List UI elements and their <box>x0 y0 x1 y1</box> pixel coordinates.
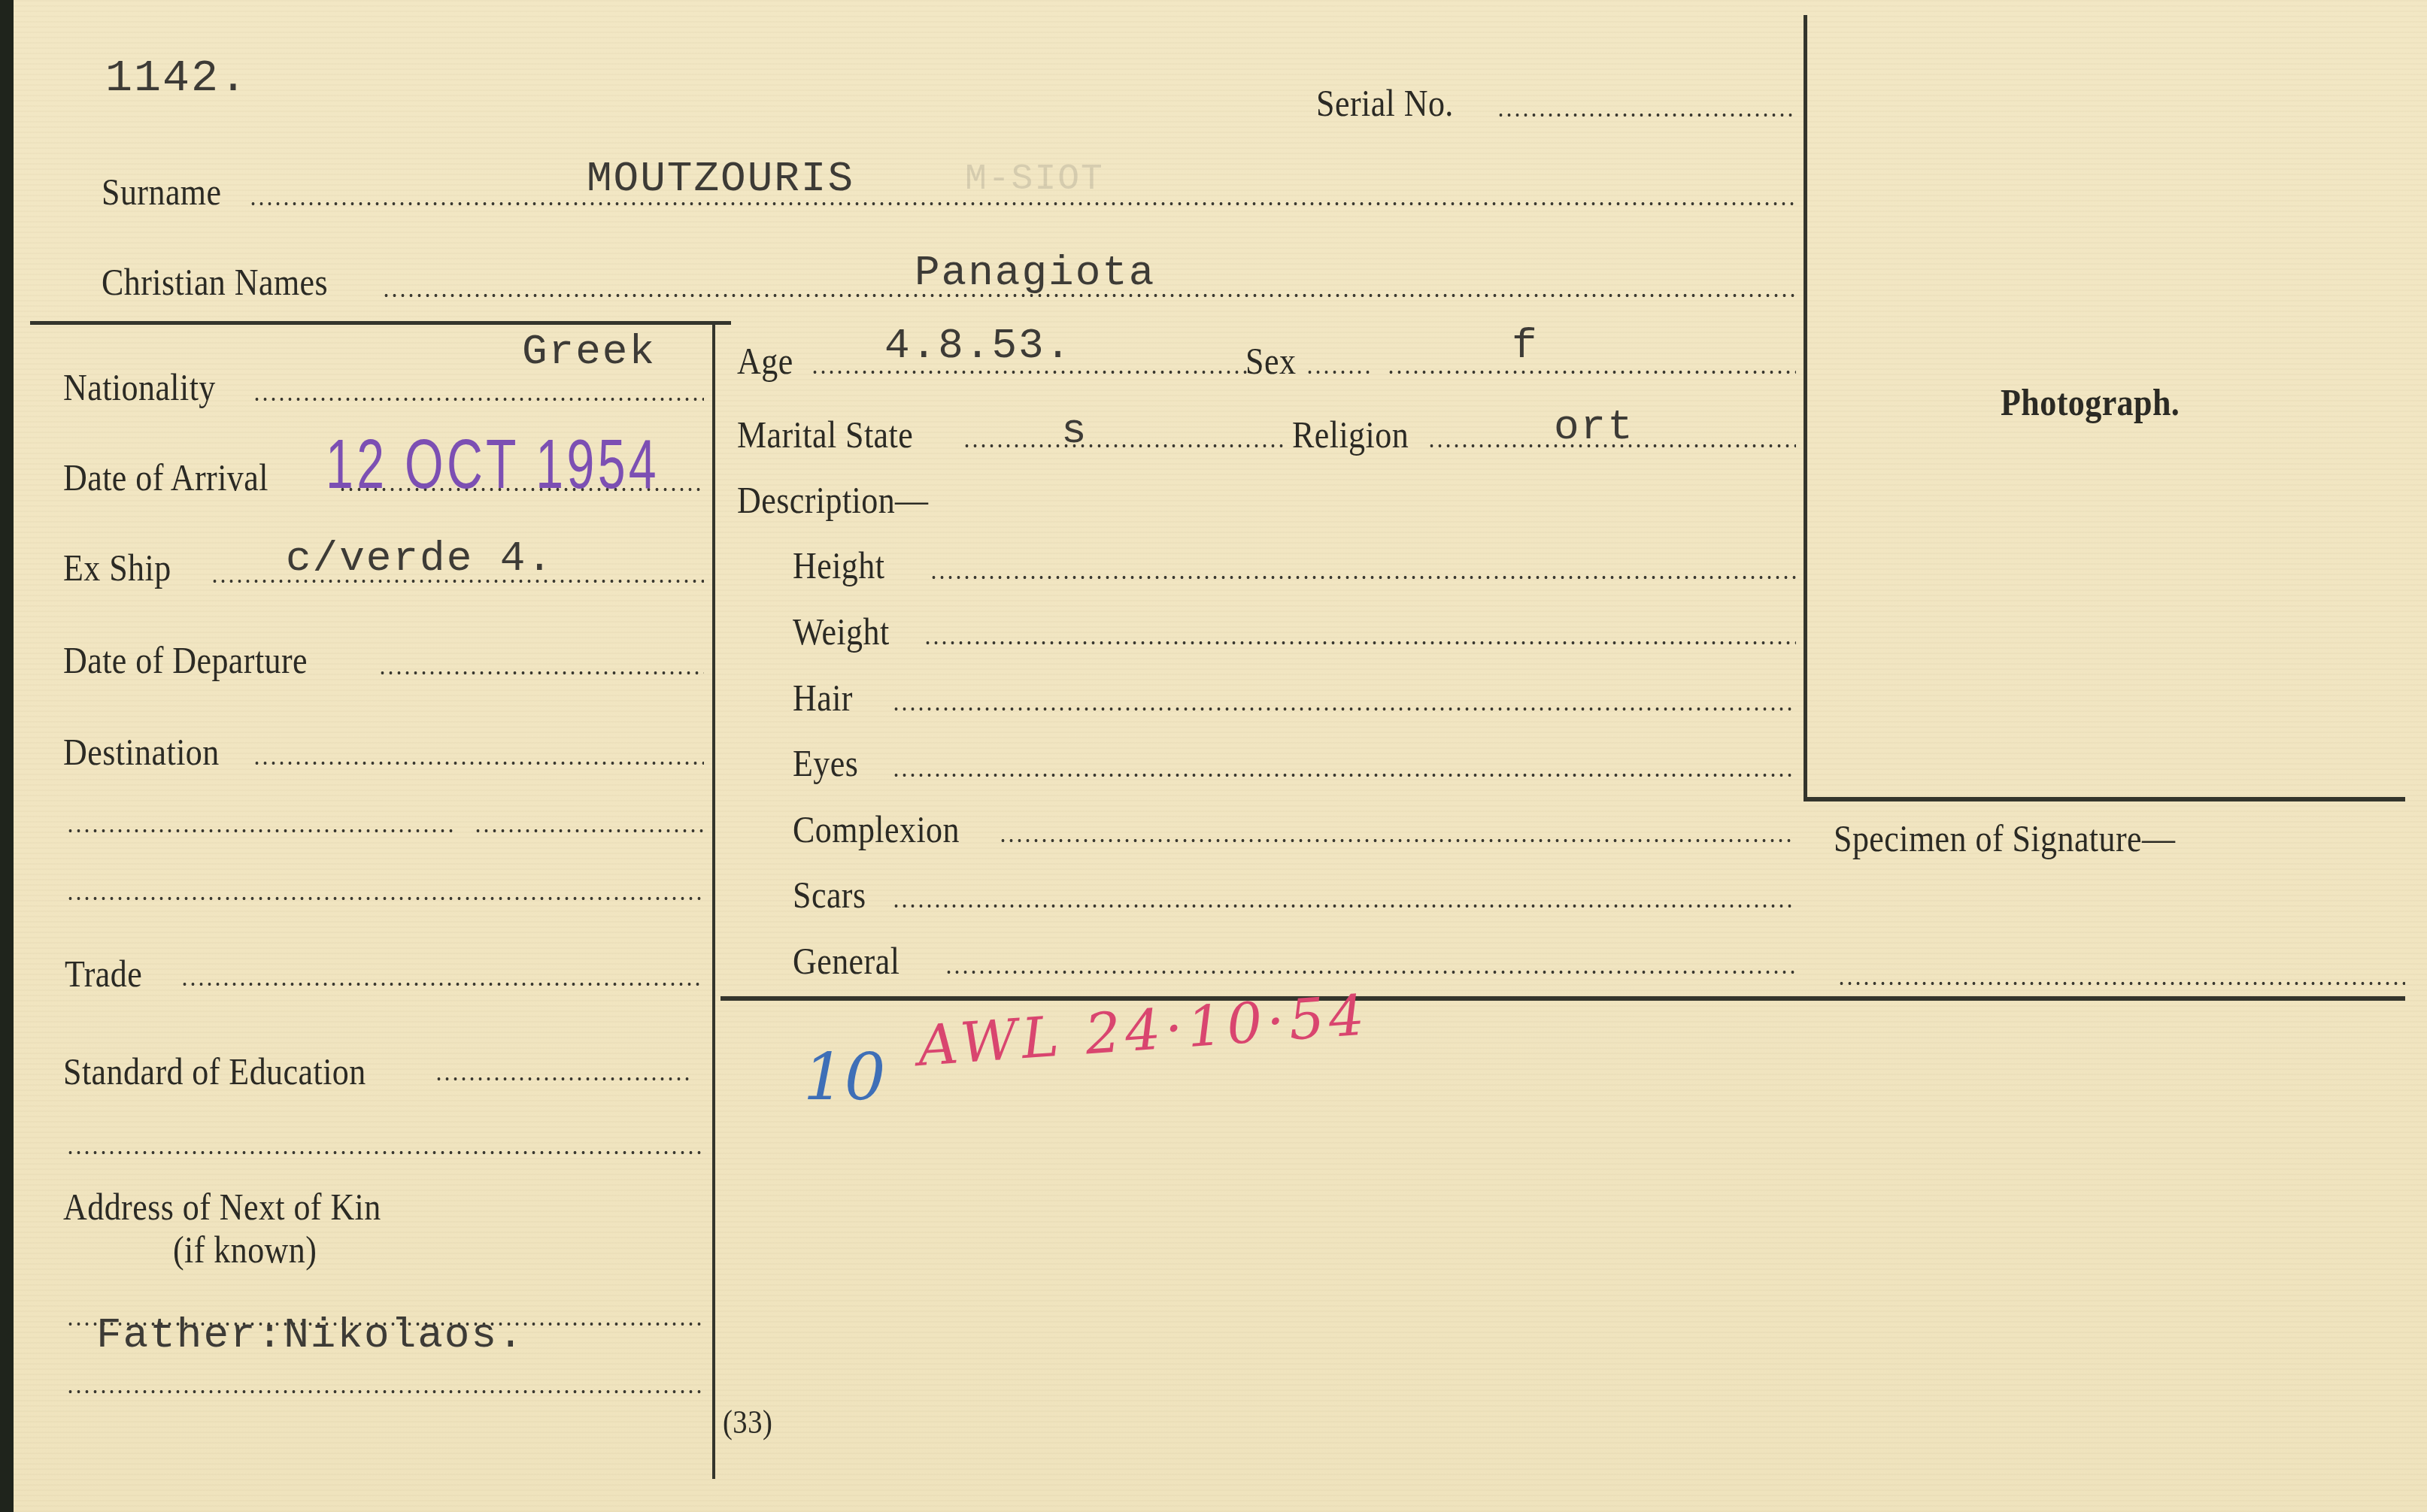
religion-label: Religion <box>1292 416 1409 453</box>
marital-state-value[interactable]: s <box>1061 410 1088 452</box>
destination-extra-line-2[interactable] <box>66 896 704 901</box>
nationality-value[interactable]: Greek <box>522 331 656 373</box>
age-value[interactable]: 4.8.53. <box>884 325 1072 367</box>
general-field[interactable] <box>945 970 1794 974</box>
nationality-field-line <box>253 397 704 401</box>
date-of-departure-label: Date of Departure <box>63 641 308 679</box>
destination-extra-line-1a[interactable] <box>66 829 457 833</box>
signature-field[interactable] <box>1837 981 2405 986</box>
sex-field-line-a <box>1306 370 1373 374</box>
sex-label: Sex <box>1245 342 1296 380</box>
destination-extra-line-1b[interactable] <box>474 829 704 833</box>
sex-field-line-b <box>1387 370 1796 374</box>
age-field-line <box>811 370 1247 374</box>
age-label: Age <box>737 342 793 380</box>
surname-label: Surname <box>102 173 221 211</box>
hair-label: Hair <box>793 679 853 717</box>
date-of-departure-field[interactable] <box>378 671 704 675</box>
scars-label: Scars <box>793 876 866 914</box>
weight-label: Weight <box>793 613 890 650</box>
serial-no-label: Serial No. <box>1316 84 1454 122</box>
handwritten-blue-number: 10 <box>803 1045 885 1110</box>
card-number: 1142. <box>105 56 248 102</box>
next-of-kin-label: Address of Next of Kin <box>63 1188 381 1226</box>
standard-of-education-label: Standard of Education <box>63 1053 366 1090</box>
marital-state-label: Marital State <box>737 416 913 453</box>
hair-field[interactable] <box>892 707 1796 711</box>
sex-value[interactable]: f <box>1512 325 1539 367</box>
general-label: General <box>793 942 900 980</box>
photograph-box-bottom-rule <box>1804 797 2405 801</box>
form-code: (33) <box>723 1406 772 1439</box>
next-of-kin-line-2[interactable] <box>66 1389 704 1394</box>
description-bottom-rule <box>721 996 2405 1001</box>
weight-field[interactable] <box>924 641 1796 645</box>
religion-value[interactable]: ort <box>1554 406 1634 448</box>
surname-faint-struck-text: M-SIOT <box>965 162 1104 198</box>
nationality-label: Nationality <box>63 368 216 406</box>
date-of-arrival-label: Date of Arrival <box>63 459 268 496</box>
left-section-top-rule <box>30 321 731 325</box>
christian-names-value[interactable]: Panagiota <box>915 252 1155 294</box>
serial-no-field[interactable] <box>1497 113 1796 117</box>
christian-names-label: Christian Names <box>102 263 328 301</box>
description-label: Description— <box>737 481 929 519</box>
height-label: Height <box>793 547 884 584</box>
height-field[interactable] <box>930 575 1796 580</box>
immigration-record-card: 1142. Serial No. Surname MOUTZOURIS M-SI… <box>14 0 2427 1512</box>
surname-field-line <box>249 201 1796 206</box>
complexion-field[interactable] <box>999 838 1794 843</box>
surname-value[interactable]: MOUTZOURIS <box>587 158 854 200</box>
next-of-kin-sublabel: (if known) <box>173 1231 317 1268</box>
ex-ship-label: Ex Ship <box>63 549 171 586</box>
trade-label: Trade <box>65 955 142 992</box>
standard-of-education-field[interactable] <box>435 1077 690 1081</box>
eyes-field[interactable] <box>892 773 1796 777</box>
arrival-date-stamp[interactable]: 12 OCT 1954 <box>326 430 660 499</box>
destination-label: Destination <box>63 733 220 771</box>
education-extra-line[interactable] <box>66 1150 704 1155</box>
card-left-edge <box>0 0 14 1512</box>
signature-label: Specimen of Signature— <box>1834 820 2175 857</box>
trade-field[interactable] <box>181 982 704 986</box>
marital-state-field-line <box>963 444 1286 448</box>
next-of-kin-value[interactable]: Father:Nikolaos. <box>96 1314 525 1356</box>
photograph-box[interactable] <box>1807 15 2405 797</box>
eyes-label: Eyes <box>793 744 858 782</box>
complexion-label: Complexion <box>793 811 960 848</box>
ex-ship-value[interactable]: c/verde 4. <box>286 538 554 580</box>
scars-field[interactable] <box>892 904 1794 908</box>
destination-field[interactable] <box>253 761 704 765</box>
left-column-divider <box>712 321 715 1479</box>
